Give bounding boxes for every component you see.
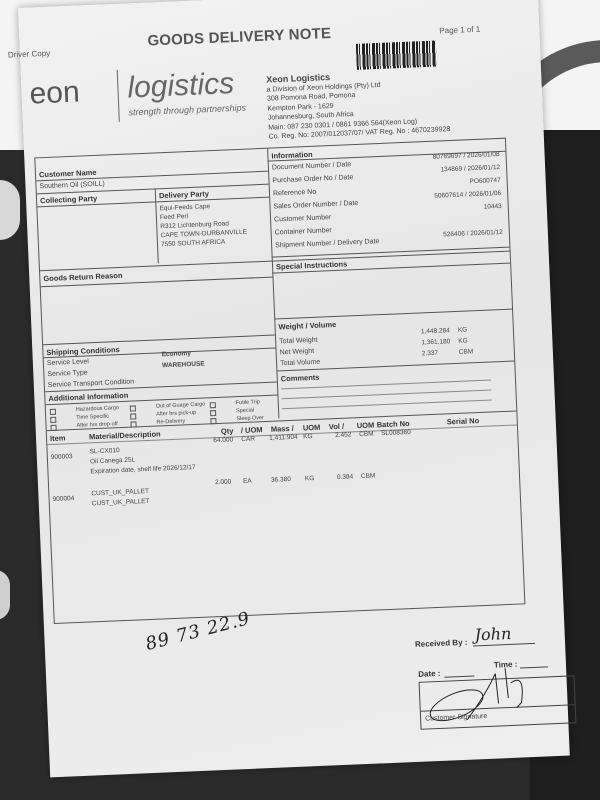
info-row-label: Sales Order Number / Date: [273, 200, 358, 211]
weight-row-label: Total Volume: [280, 359, 320, 368]
barcode: [356, 41, 437, 70]
info-row-label: Document Number / Date: [272, 161, 352, 171]
service-type-value: WAREHOUSE: [162, 360, 205, 369]
weight-volume-label: Weight / Volume: [278, 320, 336, 331]
item-number: 900003: [51, 453, 73, 461]
comment-line: [282, 400, 492, 410]
weight-row-unit: KG: [458, 337, 468, 344]
quantity-uom: EA: [243, 478, 252, 485]
page-indicator: Page 1 of 1: [439, 25, 480, 36]
comment-line: [282, 390, 492, 400]
checkbox[interactable]: [130, 413, 136, 419]
weight-row-unit: CBM: [459, 348, 474, 356]
quantity: 64.000: [213, 436, 233, 444]
delivery-line: Feed Perl: [160, 213, 188, 221]
column-header: Serial No: [447, 416, 480, 426]
info-row-label: Reference No: [273, 189, 316, 198]
info-row-label: Customer Number: [274, 214, 331, 223]
info-row-value: 50607614 / 2026/01/06: [434, 190, 501, 200]
mass: 1,411.904: [269, 434, 298, 442]
service-level-label: Service Level: [47, 358, 89, 367]
column-header: UOM: [357, 420, 375, 430]
checkbox-label: Time Specific: [76, 414, 109, 421]
goods-return-label: Goods Return Reason: [43, 271, 122, 283]
signature-scrawl-icon: [425, 662, 547, 727]
customer-signature-box: Customer Signature: [419, 675, 577, 729]
column-header: / UOM: [241, 425, 263, 435]
checkbox[interactable]: [210, 410, 216, 416]
weight-row-value: 1,448.284: [421, 327, 450, 335]
material-description: Oil Canega 25L: [90, 456, 135, 465]
info-row-value: 526406 / 2026/01/12: [443, 229, 503, 238]
divider: [40, 251, 510, 272]
logo-divider: [117, 70, 120, 122]
service-type-label: Service Type: [47, 369, 88, 378]
divider: [267, 149, 279, 419]
column-header: Item: [50, 433, 66, 443]
delivery-line: Equi-Feeds Cape: [159, 203, 210, 212]
copy-label: Driver Copy: [8, 49, 51, 60]
column-header: Vol /: [329, 422, 345, 432]
info-row-label: Purchase Order No / Date: [272, 174, 353, 184]
info-row-value: 134869 / 2026/01/12: [440, 164, 500, 173]
checkbox-label: Special: [236, 407, 254, 414]
volume-uom: CBM: [361, 472, 376, 480]
customer-name-value: Southern Oil (SOILL): [39, 181, 105, 191]
delivery-line: CAPE TOWN-DURBANVILLE: [161, 229, 248, 240]
volume-uom: CBM: [359, 430, 374, 438]
item-number: 900004: [52, 495, 74, 503]
column-header: Batch No: [377, 419, 410, 429]
checkbox[interactable]: [210, 402, 216, 408]
logo-product: logistics: [127, 67, 235, 105]
material-code: CUST_UK_PALLET: [91, 488, 149, 497]
delivery-line: 7550 SOUTH AFRICA: [161, 239, 226, 249]
volume: 0.384: [337, 473, 354, 481]
checkbox[interactable]: [50, 417, 56, 423]
logo-tagline: strength through partnerships: [128, 103, 246, 118]
thumb: [0, 570, 10, 620]
document-title: GOODS DELIVERY NOTE: [147, 25, 331, 50]
thumb: [0, 180, 20, 240]
checkbox[interactable]: [130, 405, 136, 411]
company-address: Xeon Logistics a Division of Xeon Holdin…: [266, 68, 450, 142]
weight-row-value: 1,361.180: [421, 338, 450, 346]
material-description: CUST_UK_PALLET: [92, 498, 150, 507]
checkbox-label: After hrs pick-up: [156, 410, 196, 418]
comments-label: Comments: [281, 373, 320, 384]
service-level-value: Economy: [162, 350, 192, 358]
column-header: UOM: [303, 423, 321, 433]
weight-row-label: Net Weight: [280, 348, 315, 356]
info-row-label: Container Number: [274, 227, 331, 236]
checkbox-label: Out of Guage Cargo: [156, 402, 206, 410]
info-row-value: PO600747: [469, 177, 500, 185]
volume: 2.452: [335, 431, 352, 439]
delivery-form: Customer Name Southern Oil (SOILL) Colle…: [34, 138, 525, 624]
material-description: Expiration date, shelf life 2026/12/17: [90, 464, 195, 475]
batch-number: SL008360: [381, 429, 411, 437]
info-row-value: 80769697 / 2026/01/08: [433, 151, 500, 161]
info-row-label: Shipment Number / Delivery Date: [275, 238, 379, 249]
mass-uom: KG: [303, 433, 313, 440]
quantity: 2.000: [215, 478, 232, 486]
checkbox[interactable]: [50, 409, 56, 415]
logo-brand: eon: [29, 76, 80, 112]
delivery-note-paper: Driver Copy GOODS DELIVERY NOTE Page 1 o…: [18, 0, 570, 777]
received-by-label: Received By :: [415, 638, 468, 649]
divider: [43, 335, 275, 346]
received-by-signature: John: [474, 624, 511, 645]
weight-row-value: 2.337: [422, 350, 439, 358]
material-code: SL-CX010: [90, 447, 120, 455]
column-header: Mass /: [271, 424, 294, 434]
column-header: Qty: [221, 426, 234, 436]
checkbox-label: Hazardous Cargo: [76, 405, 119, 413]
mass-uom: KG: [305, 475, 315, 482]
weight-row-unit: KG: [458, 326, 468, 333]
checkbox-label: Futile Trip: [236, 399, 260, 406]
info-row-value: 10443: [484, 203, 502, 211]
divider: [274, 309, 512, 320]
mass: 36.380: [271, 476, 291, 484]
quantity-uom: CAR: [241, 435, 255, 443]
weight-row-label: Total Weight: [279, 337, 318, 346]
